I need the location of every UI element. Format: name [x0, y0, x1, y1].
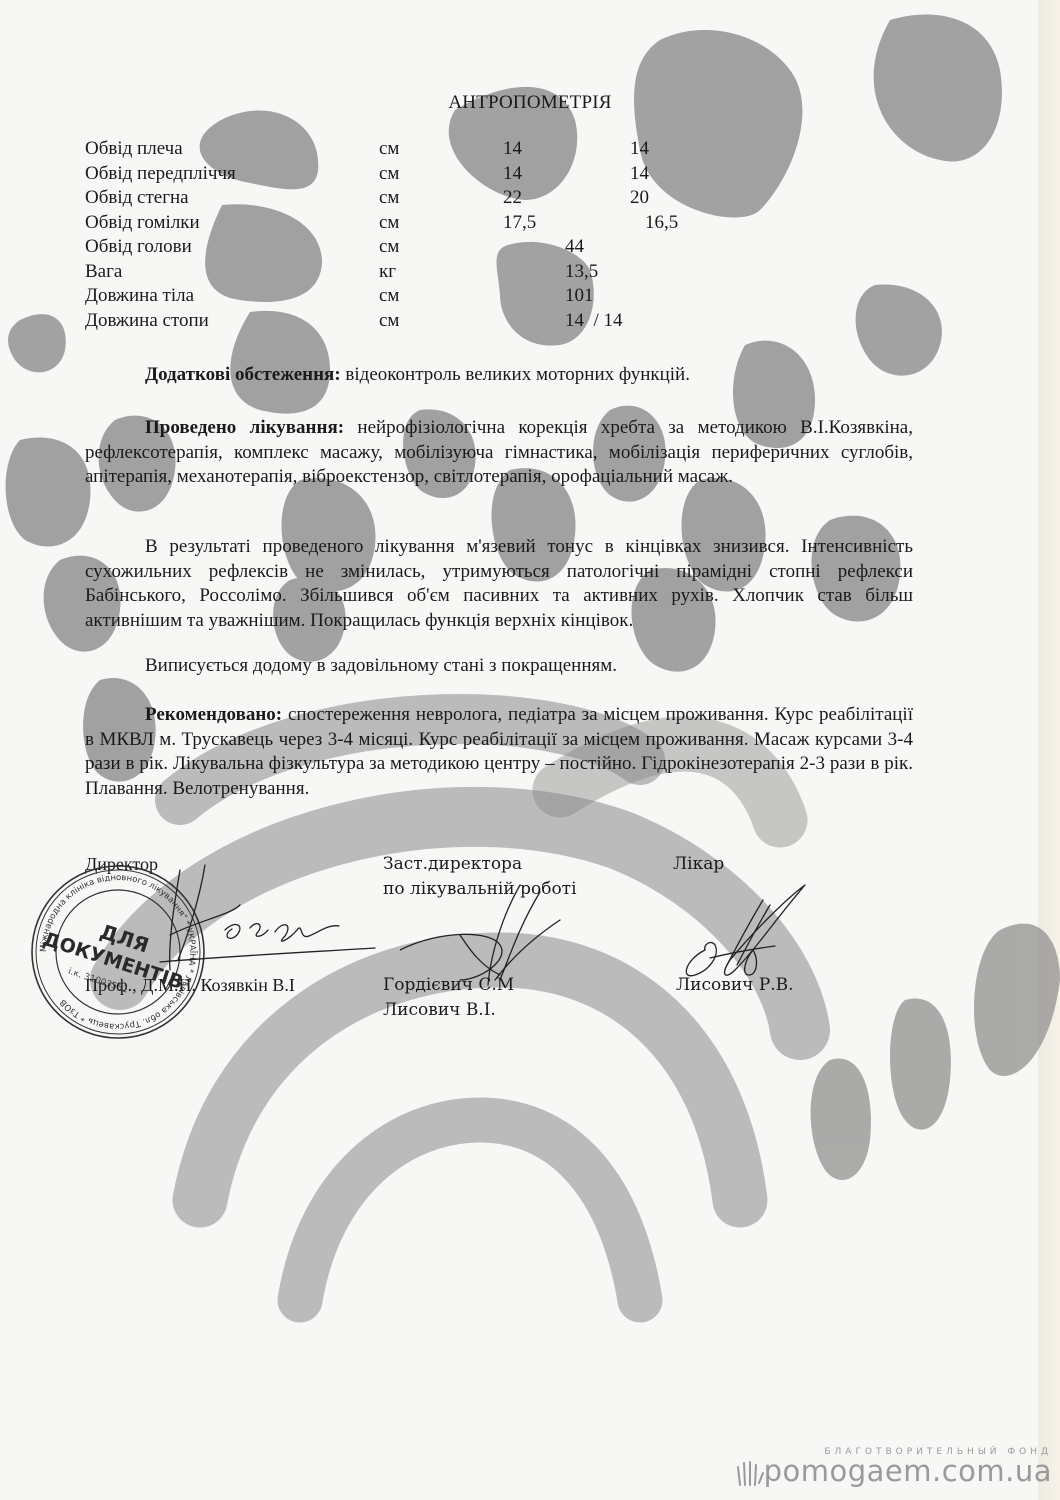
- measure-left: 22: [503, 187, 522, 209]
- measure-unit: см: [379, 285, 399, 307]
- measure-unit: см: [379, 212, 399, 234]
- measure-value: 14 / 14: [565, 310, 623, 332]
- measure-unit: см: [379, 310, 399, 332]
- measure-label: Довжина стопи: [85, 310, 209, 332]
- table-row: Обвід плеча см 14 14: [85, 138, 985, 163]
- measure-label: Обвід плеча: [85, 138, 183, 160]
- measure-unit: см: [379, 187, 399, 209]
- doctor-signature: [675, 880, 825, 980]
- measure-label: Обвід стегна: [85, 187, 189, 209]
- director-signature: [150, 860, 410, 980]
- measure-right: 16,5: [645, 212, 678, 234]
- foundation-logo: БЛАГОТВОРИТЕЛЬНЫЙ ФОНД pomogaem.com.ua: [734, 1447, 1052, 1487]
- table-row: Обвід стегна см 22 20: [85, 187, 985, 212]
- table-row: Обвід голови см 44: [85, 236, 985, 261]
- measure-value: 13,5: [565, 261, 598, 283]
- measure-value: 101: [565, 285, 594, 307]
- doctor-title: Лікар: [673, 852, 724, 876]
- measure-value: 44: [565, 236, 584, 258]
- section-title-anthropometry: АНТРОПОМЕТРІЯ: [0, 92, 1060, 114]
- measure-left: 14: [503, 138, 522, 160]
- measure-unit: см: [379, 236, 399, 258]
- measure-left: 17,5: [503, 212, 536, 234]
- recommendations-paragraph: Рекомендовано: спостереження невролога, …: [85, 703, 913, 801]
- treatment-label: Проведено лікування:: [145, 417, 344, 438]
- table-row: Довжина стопи см 14 / 14: [85, 310, 985, 335]
- treatment-paragraph: Проведено лікування: нейрофізіологічна к…: [85, 416, 913, 490]
- discharge-summary-page: АНТРОПОМЕТРІЯ Обвід плеча см 14 14 Обвід…: [0, 0, 1060, 1500]
- additional-exams-label: Додаткові обстеження:: [145, 364, 341, 385]
- measure-unit: кг: [379, 261, 396, 283]
- measure-right: 14: [630, 138, 649, 160]
- discharge-paragraph: Виписується додому в задовільному стані …: [85, 654, 913, 679]
- logo-domain: pomogaem.com.ua: [764, 1454, 1052, 1488]
- measure-label: Обвід гомілки: [85, 212, 200, 234]
- deputy-signature: [400, 880, 570, 990]
- anthropometry-table: Обвід плеча см 14 14 Обвід передпліччя с…: [85, 138, 985, 334]
- measure-right: 20: [630, 187, 649, 209]
- measure-unit: см: [379, 163, 399, 185]
- table-row: Вага кг 13,5: [85, 261, 985, 286]
- measure-unit: см: [379, 138, 399, 160]
- measure-label: Обвід передпліччя: [85, 163, 236, 185]
- additional-exams-text: відеоконтроль великих моторних функцій.: [341, 364, 690, 385]
- table-row: Обвід гомілки см 17,5 16,5: [85, 212, 985, 237]
- deputy-name-2: Лисович В.І.: [383, 998, 496, 1022]
- measure-left: 14: [503, 163, 522, 185]
- additional-exams-paragraph: Додаткові обстеження: відеоконтроль вели…: [85, 363, 913, 388]
- table-row: Довжина тіла см 101: [85, 285, 985, 310]
- measure-label: Вага: [85, 261, 122, 283]
- measure-label: Довжина тіла: [85, 285, 194, 307]
- measure-label: Обвід голови: [85, 236, 192, 258]
- recommendations-label: Рекомендовано:: [145, 704, 282, 725]
- measure-right: 14: [630, 163, 649, 185]
- hand-icon: [734, 1459, 764, 1487]
- result-paragraph: В результаті проведеного лікування м'язе…: [85, 535, 913, 633]
- table-row: Обвід передпліччя см 14 14: [85, 163, 985, 188]
